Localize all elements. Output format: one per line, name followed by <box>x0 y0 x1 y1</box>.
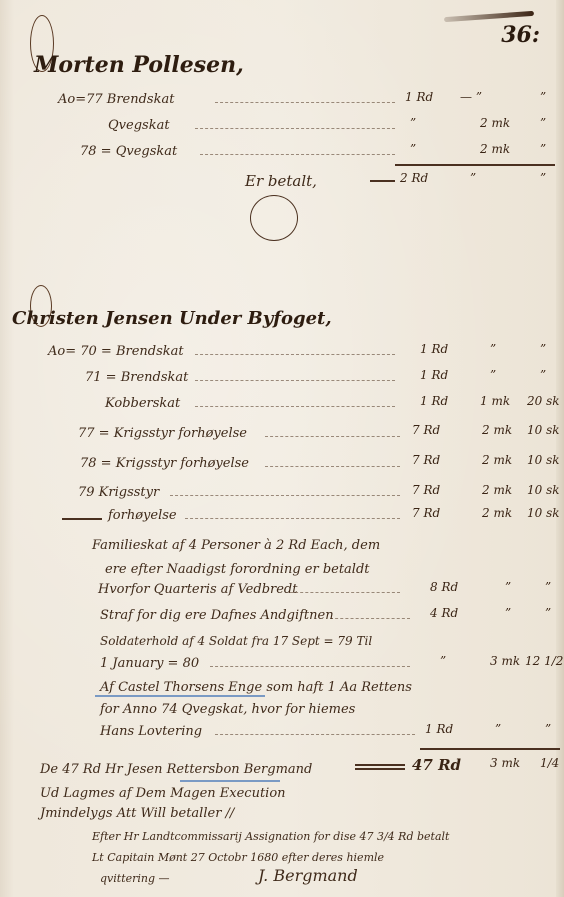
grand-total-rd: 47 Rd <box>412 756 461 774</box>
amount-sk: 12 1/2 sk <box>525 654 564 668</box>
entry-label: Straf for dig ere Dafnes Andgiftnen <box>100 608 334 623</box>
flourish-loop <box>250 195 298 241</box>
assignation-line: Lt Capitain Mønt 27 Octobr 1680 efter de… <box>92 851 384 864</box>
entry-label: Qvegskat <box>108 118 170 133</box>
entry-label: 78 = Krigsstyr forhøyelse <box>80 456 249 471</box>
leader-dots <box>330 618 410 619</box>
sum-rule <box>395 164 555 166</box>
amount-sk: 10 sk <box>527 483 560 497</box>
entry-label: 1 January = 80 <box>100 656 199 671</box>
entry-label: Ao=77 Brendskat <box>58 92 174 107</box>
leader-dots <box>195 380 395 381</box>
leader-dots <box>195 354 395 355</box>
entry-label: 79 Krigsstyr <box>78 485 159 500</box>
entry-label: Af Castel Thorsens Enge som haft 1 Aa Re… <box>100 680 412 695</box>
leader-dots <box>210 666 410 667</box>
closing-note-line: Jmindelygs Att Will betaller // <box>40 806 234 821</box>
amount-sk: 10 sk <box>527 506 560 520</box>
grand-total-mk: 3 mk <box>490 756 520 770</box>
amount-mk: 1 mk <box>480 394 510 408</box>
amount-sk: ” <box>540 90 546 104</box>
amount-mk: ” <box>490 342 496 356</box>
leader-dots <box>290 592 400 593</box>
amount-mk: — ” <box>460 90 482 104</box>
signature: J. Bergmand <box>258 866 358 885</box>
section-heading: Christen Jensen Under Byfoget, <box>12 308 332 329</box>
leader-dots <box>215 102 395 103</box>
entry-label: Ao= 70 = Brendskat <box>48 344 184 359</box>
amount-mk: 2 mk <box>480 142 510 156</box>
closing-note-line: Ud Lagmes af Dem Magen Execution <box>40 786 286 801</box>
amount-rd: 1 Rd <box>420 342 448 356</box>
total-sk: ” <box>540 171 546 185</box>
entry-label: 78 = Qvegskat <box>80 144 177 159</box>
entry-label: Soldaterhold af 4 Soldat fra 17 Sept = 7… <box>100 634 372 648</box>
amount-sk: ” <box>540 142 546 156</box>
amount-rd: 7 Rd <box>412 453 440 467</box>
amount-mk: 2 mk <box>482 453 512 467</box>
amount-sk: 20 sk <box>527 394 560 408</box>
entry-label: forhøyelse <box>108 508 177 523</box>
total-mk: ” <box>470 171 476 185</box>
amount-rd: ” <box>410 116 416 130</box>
amount-sk: ” <box>545 606 551 620</box>
amount-sk: 10 sk <box>527 453 560 467</box>
total-rd: 2 Rd <box>400 171 428 185</box>
folio-flourish <box>444 11 534 22</box>
amount-sk: ” <box>540 368 546 382</box>
amount-rd: 7 Rd <box>412 483 440 497</box>
entry-label: Hans Lovtering <box>100 724 202 739</box>
leader-dots <box>265 466 400 467</box>
amount-rd: ” <box>440 654 446 668</box>
leader-dots <box>170 495 400 496</box>
double-rule <box>355 768 405 770</box>
leader-dots <box>200 154 395 155</box>
amount-mk: ” <box>505 580 511 594</box>
amount-mk: ” <box>505 606 511 620</box>
assignation-line: Efter Hr Landtcommissarij Assignation fo… <box>92 830 449 843</box>
amount-rd: ” <box>410 142 416 156</box>
leader-dots <box>265 436 400 437</box>
margin-stroke <box>62 518 102 520</box>
grand-total-sk: 1/4 <box>540 756 559 770</box>
leader-dots <box>195 406 395 407</box>
amount-rd: 1 Rd <box>420 368 448 382</box>
amount-mk: ” <box>490 368 496 382</box>
amount-sk: 10 sk <box>527 423 560 437</box>
assignation-line: qvittering — <box>100 872 170 885</box>
entry-label: Kobberskat <box>105 396 180 411</box>
leader-dots <box>195 128 395 129</box>
blue-underline <box>180 780 280 782</box>
amount-mk: 3 mk <box>490 654 520 668</box>
amount-rd: 1 Rd <box>420 394 448 408</box>
amount-rd: 4 Rd <box>430 606 458 620</box>
amount-rd: 1 Rd <box>405 90 433 104</box>
amount-sk: ” <box>545 580 551 594</box>
entry-label: for Anno 74 Qvegskat, hvor for hiemes <box>100 702 355 717</box>
amount-sk: ” <box>540 342 546 356</box>
amount-mk: 2 mk <box>480 116 510 130</box>
folio-number: 36: <box>501 22 540 48</box>
amount-mk: ” <box>495 722 501 736</box>
leader-dots <box>185 518 400 519</box>
total-label: Er betalt, <box>245 172 317 190</box>
amount-mk: 2 mk <box>482 483 512 497</box>
amount-rd: 7 Rd <box>412 423 440 437</box>
double-rule <box>370 180 395 182</box>
amount-mk: 2 mk <box>482 506 512 520</box>
entry-label: 77 = Krigsstyr forhøyelse <box>78 426 247 441</box>
leader-dots <box>215 734 415 735</box>
entry-label: Familieskat af 4 Personer à 2 Rd Each, d… <box>92 538 380 553</box>
double-rule <box>355 764 405 766</box>
amount-rd: 7 Rd <box>412 506 440 520</box>
amount-rd: 8 Rd <box>430 580 458 594</box>
amount-rd: 1 Rd <box>425 722 453 736</box>
blue-underline <box>95 695 265 697</box>
amount-sk: ” <box>540 116 546 130</box>
ledger-page: 36: Morten Pollesen, Ao=77 Brendskat 1 R… <box>0 0 564 897</box>
entry-label: 71 = Brendskat <box>85 370 188 385</box>
amount-sk: ” <box>545 722 551 736</box>
entry-label: Hvorfor Quarteris af Vedbredt <box>98 582 297 597</box>
entry-label: ere efter Naadigst forordning er betaldt <box>105 562 370 577</box>
sum-rule <box>420 748 560 750</box>
amount-mk: 2 mk <box>482 423 512 437</box>
closing-note-line: De 47 Rd Hr Jesen Rettersbon Bergmand <box>40 762 312 777</box>
section-heading: Morten Pollesen, <box>34 52 244 78</box>
